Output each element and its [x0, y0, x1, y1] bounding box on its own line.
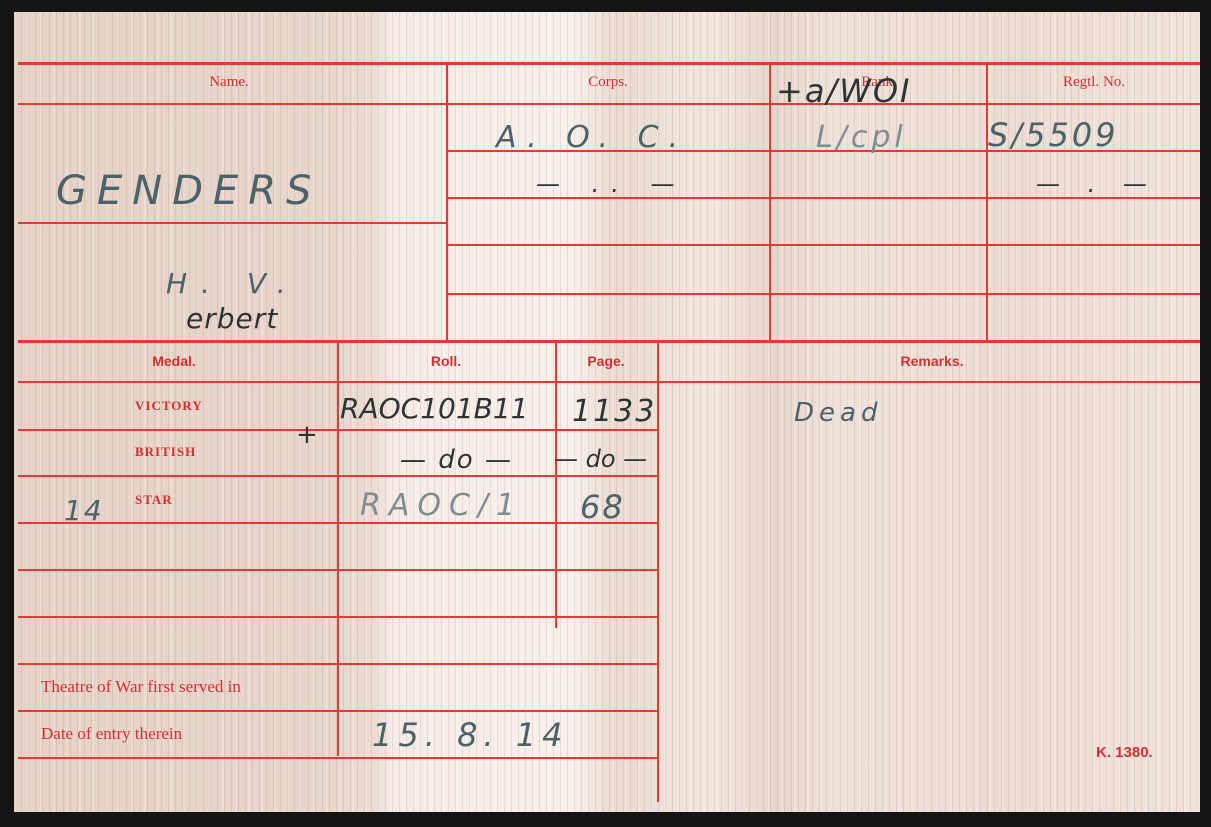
name-header: Name.: [209, 74, 249, 91]
roll-header: Roll.: [431, 353, 461, 369]
victory-page: 1133: [572, 394, 656, 429]
star-page: 68: [580, 488, 625, 526]
date-label: Date of entry therein: [41, 724, 182, 744]
regtl-no-header: Regtl. No.: [1063, 74, 1125, 91]
medal-victory-label: VICTORY: [135, 398, 203, 414]
remarks-header: Remarks.: [900, 353, 963, 369]
victory-roll: RAOC101B11: [340, 392, 528, 425]
regtl-no-entry: S/5509: [988, 116, 1119, 154]
date-value: 15. 8. 14: [372, 716, 568, 754]
surname-entry: GENDERS: [56, 168, 321, 214]
form-number: K. 1380.: [1096, 744, 1153, 761]
col-divider: [769, 64, 771, 340]
col-divider: [337, 342, 339, 756]
rule: [18, 757, 658, 759]
regtl-no-ditto: — . —: [1036, 170, 1157, 198]
initials-entry: H. V.: [166, 267, 300, 300]
medal-header: Medal.: [152, 353, 196, 369]
col-divider: [986, 64, 988, 340]
british-page: — do —: [554, 445, 647, 473]
rank-entry: L/cpl: [816, 120, 907, 155]
rank-annotation: +a/WOI: [776, 72, 911, 110]
corps-header: Corps.: [588, 74, 628, 91]
rule: [448, 293, 1200, 295]
corps-entry: A. O. C.: [496, 120, 688, 155]
top-border-line: [18, 62, 1200, 65]
rule: [18, 103, 1200, 105]
star-roll: RAOC/1: [360, 488, 523, 523]
victory-marker: +: [296, 420, 324, 450]
theatre-label: Theatre of War first served in: [41, 677, 241, 697]
medal-british-label: BRITISH: [135, 444, 196, 460]
forename-annotation: erbert: [186, 302, 278, 335]
star-prefix: 14: [64, 494, 104, 527]
corps-ditto: — .. —: [536, 170, 687, 198]
rule: [18, 222, 448, 224]
rule: [448, 244, 1200, 246]
remarks-entry: Dead: [794, 398, 882, 428]
british-roll: — do —: [400, 445, 513, 475]
page-header: Page.: [587, 353, 624, 369]
section-divider-line: [18, 340, 1200, 343]
col-divider: [555, 342, 557, 628]
rule: [18, 381, 1200, 383]
col-divider: [657, 342, 659, 802]
medal-star-label: STAR: [135, 492, 173, 508]
col-divider: [446, 64, 448, 340]
medal-index-card: Name. Corps. Rank. Regtl. No. GENDERS H.…: [14, 12, 1200, 812]
